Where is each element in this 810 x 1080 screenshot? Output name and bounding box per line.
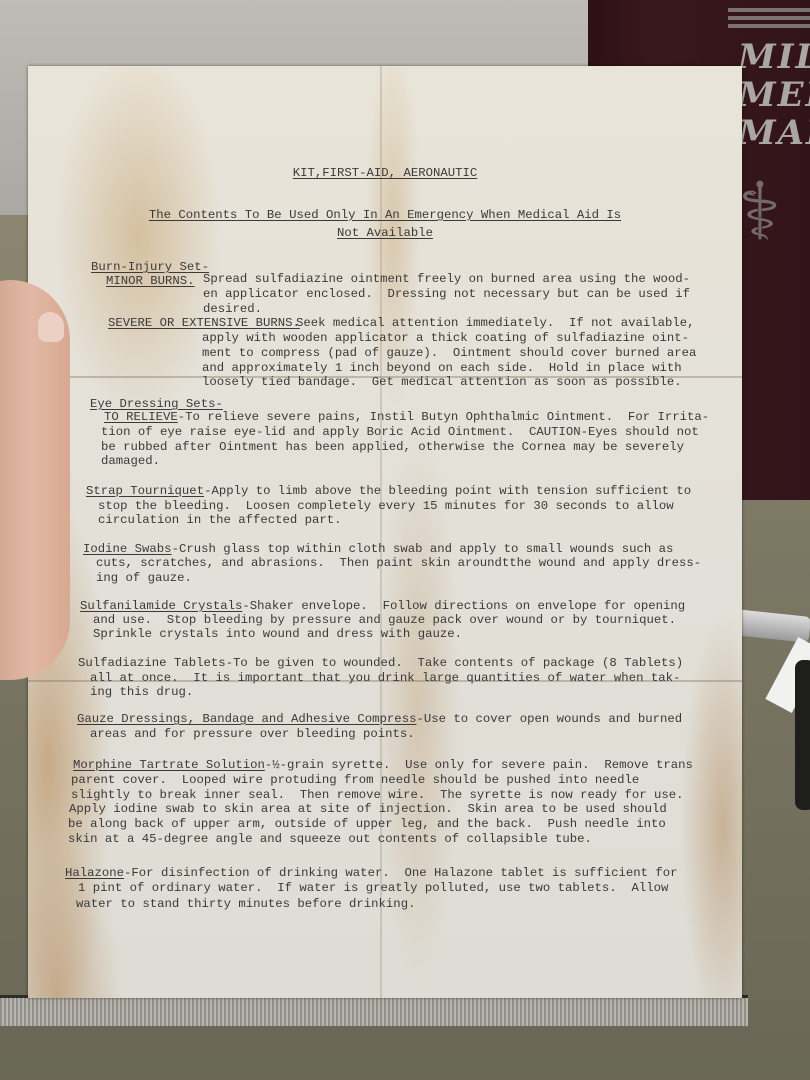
line: -½-grain syrette. Use only for severe pa… <box>265 758 693 772</box>
sulfadiazine-first-line: Sulfadiazine Tablets-To be given to woun… <box>78 656 683 671</box>
line: damaged. <box>101 454 160 469</box>
line: be along back of upper arm, outside of u… <box>68 817 666 832</box>
document-subtitle-line1: The Contents To Be Used Only In An Emerg… <box>28 208 742 223</box>
document-subtitle-line2: Not Available <box>28 226 742 241</box>
section-heading-sulfadiazine-tablets: Sulfadiazine Tablets <box>78 656 226 670</box>
section-heading-strap-tourniquet: Strap Tourniquet <box>86 484 204 498</box>
line: -To be given to wounded. Take contents o… <box>226 656 684 670</box>
line: ing of gauze. <box>96 571 192 586</box>
line: loosely tied bandage. Get medical attent… <box>202 375 682 390</box>
caduceus-icon: ⚕ <box>738 165 781 258</box>
section-heading-sulfanilamide-crystals: Sulfanilamide Crystals <box>80 599 242 613</box>
line: slightly to break inner seal. Then remov… <box>71 788 684 803</box>
book-stripe <box>728 8 810 12</box>
line: -Shaker envelope. Follow directions on e… <box>242 599 685 613</box>
line: en applicator enclosed. Dressing not nec… <box>203 287 690 302</box>
bottle <box>795 660 810 810</box>
eye-first-line: TO RELIEVE-To relieve severe pains, Inst… <box>104 410 709 425</box>
line: tion of eye raise eye-lid and apply Bori… <box>101 425 699 440</box>
line: stop the bleeding. Loosen completely eve… <box>98 499 674 514</box>
line: -Apply to limb above the bleeding point … <box>204 484 691 498</box>
thumbnail <box>38 312 64 342</box>
line: all at once. It is important that you dr… <box>90 671 680 686</box>
line: areas and for pressure over bleeding poi… <box>90 727 415 742</box>
line: Spread sulfadiazine ointment freely on b… <box>203 272 690 287</box>
gauze-first-line: Gauze Dressings, Bandage and Adhesive Co… <box>77 712 682 727</box>
line: 1 pint of ordinary water. If water is gr… <box>78 881 668 896</box>
iodine-first-line: Iodine Swabs-Crush glass top within clot… <box>83 542 673 557</box>
morphine-first-line: Morphine Tartrate Solution-½-grain syret… <box>73 758 693 773</box>
line: Apply iodine swab to skin area at site o… <box>69 802 667 817</box>
line: water to stand thirty minutes before dri… <box>76 897 415 912</box>
line: cuts, scratches, and abrasions. Then pai… <box>96 556 701 571</box>
line: Seek medical attention immediately. If n… <box>296 316 694 331</box>
book-title: MILI MED MAN <box>738 38 810 152</box>
halazone-first-line: Halazone-For disinfection of drinking wa… <box>65 866 678 881</box>
line: parent cover. Looped wire protuding from… <box>71 773 639 788</box>
line: -To relieve severe pains, Instil Butyn O… <box>178 410 709 424</box>
label-to-relieve: TO RELIEVE <box>104 410 178 424</box>
line: ment to compress (pad of gauze). Ointmen… <box>202 346 696 361</box>
line: be rubbed after Ointment has been applie… <box>101 440 684 455</box>
line: desired. <box>203 302 262 317</box>
line: and use. Stop bleeding by pressure and g… <box>93 613 676 628</box>
section-heading-burn-injury: Burn-Injury Set- <box>91 260 209 275</box>
section-heading-gauze-dressings: Gauze Dressings, Bandage and Adhesive Co… <box>77 712 416 726</box>
line: Sprinkle crystals into wound and dress w… <box>93 627 462 642</box>
line: skin at a 45-degree angle and squeeze ou… <box>68 832 592 847</box>
line: -Crush glass top within cloth swab and a… <box>172 542 674 556</box>
line: apply with wooden applicator a thick coa… <box>202 331 689 346</box>
line: -For disinfection of drinking water. One… <box>124 866 677 880</box>
book-stripe <box>728 24 810 28</box>
section-heading-morphine: Morphine Tartrate Solution <box>73 758 265 772</box>
document-title: KIT,FIRST-AID, AERONAUTIC <box>28 166 742 181</box>
line: and approximately 1 inch beyond on each … <box>202 361 682 376</box>
label-severe-burns: SEVERE OR EXTENSIVE BURNS. <box>108 316 300 331</box>
section-heading-halazone: Halazone <box>65 866 124 880</box>
sulfanilamide-first-line: Sulfanilamide Crystals-Shaker envelope. … <box>80 599 685 614</box>
tourniquet-first-line: Strap Tourniquet-Apply to limb above the… <box>86 484 691 499</box>
book-stripe <box>728 16 810 20</box>
plastic-sleeve-edge <box>0 995 748 1026</box>
line: circulation in the affected part. <box>98 513 342 528</box>
label-minor-burns: MINOR BURNS. <box>106 274 195 289</box>
section-heading-iodine-swabs: Iodine Swabs <box>83 542 172 556</box>
line: ing this drug. <box>90 685 193 700</box>
first-aid-instruction-sheet: KIT,FIRST-AID, AERONAUTIC The Contents T… <box>28 66 742 998</box>
document-body: KIT,FIRST-AID, AERONAUTIC The Contents T… <box>28 66 742 998</box>
line: -Use to cover open wounds and burned <box>416 712 682 726</box>
